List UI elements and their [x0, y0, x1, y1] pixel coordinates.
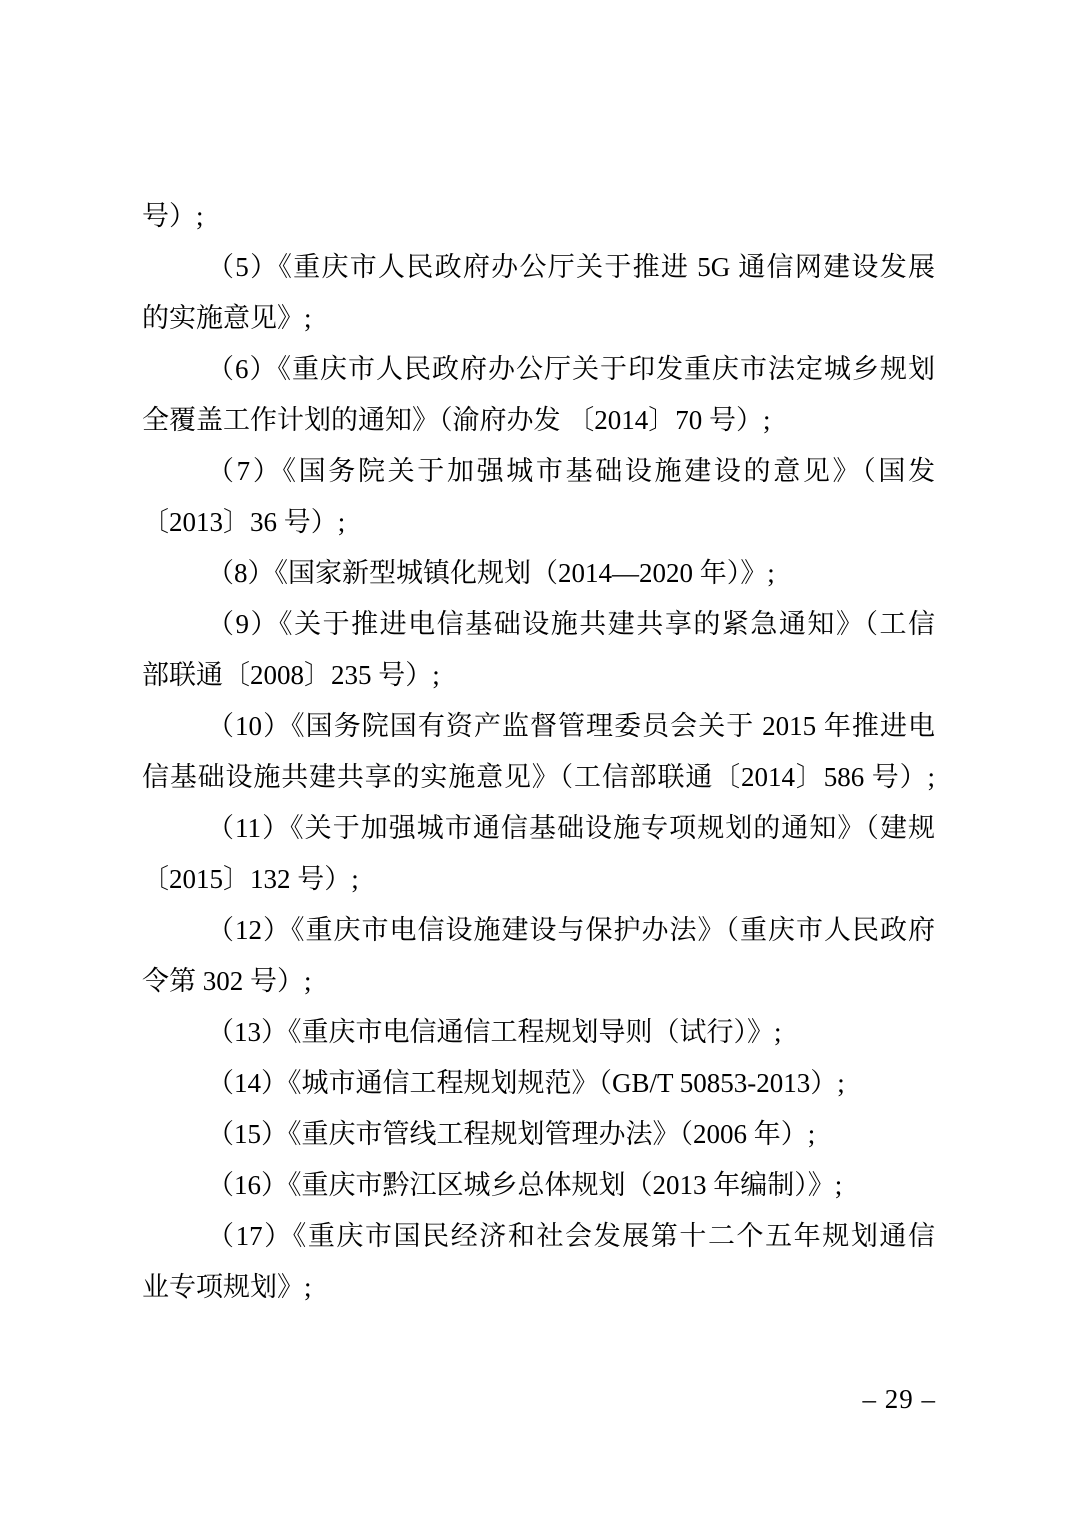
document-line: 〔2015〕132 号）; [142, 854, 935, 905]
document-line: （5）《重庆市人民政府办公厅关于推进 5G 通信网建设发展 [142, 242, 935, 293]
document-line: 令第 302 号）; [142, 956, 935, 1007]
document-line: （17）《重庆市国民经济和社会发展第十二个五年规划通信 [142, 1211, 935, 1262]
document-line: （6）《重庆市人民政府办公厅关于印发重庆市法定城乡规划 [142, 344, 935, 395]
page-number: – 29 – [863, 1374, 937, 1425]
document-line: 的实施意见》; [142, 293, 935, 344]
document-line: （12）《重庆市电信设施建设与保护办法》（重庆市人民政府 [142, 905, 935, 956]
document-line: （10）《国务院国有资产监督管理委员会关于 2015 年推进电 [142, 701, 935, 752]
document-line: （11）《关于加强城市通信基础设施专项规划的通知》（建规 [142, 803, 935, 854]
document-line: （7）《国务院关于加强城市基础设施建设的意见》（国发 [142, 446, 935, 497]
document-line: 全覆盖工作计划的通知》（渝府办发 〔2014〕70 号）; [142, 395, 935, 446]
document-line: 信基础设施共建共享的实施意见》（工信部联通〔2014〕586 号）; [142, 752, 935, 803]
document-line: （15）《重庆市管线工程规划管理办法》（2006 年）; [142, 1109, 935, 1160]
document-line: （16）《重庆市黔江区城乡总体规划（2013 年编制）》; [142, 1160, 935, 1211]
document-line: （9）《关于推进电信基础设施共建共享的紧急通知》（工信 [142, 599, 935, 650]
document-line: 业专项规划》; [142, 1262, 935, 1313]
document-line: 号）; [142, 191, 935, 242]
document-page: 号）;（5）《重庆市人民政府办公厅关于推进 5G 通信网建设发展的实施意见》;（… [0, 0, 1074, 1520]
document-line: （14）《城市通信工程规划规范》（GB/T 50853-2013）; [142, 1058, 935, 1109]
document-line: （13）《重庆市电信通信工程规划导则（试行）》; [142, 1007, 935, 1058]
document-body: 号）;（5）《重庆市人民政府办公厅关于推进 5G 通信网建设发展的实施意见》;（… [142, 191, 935, 1313]
document-line: （8）《国家新型城镇化规划（2014—2020 年）》; [142, 548, 935, 599]
document-line: 〔2013〕36 号）; [142, 497, 935, 548]
document-line: 部联通〔2008〕235 号）; [142, 650, 935, 701]
